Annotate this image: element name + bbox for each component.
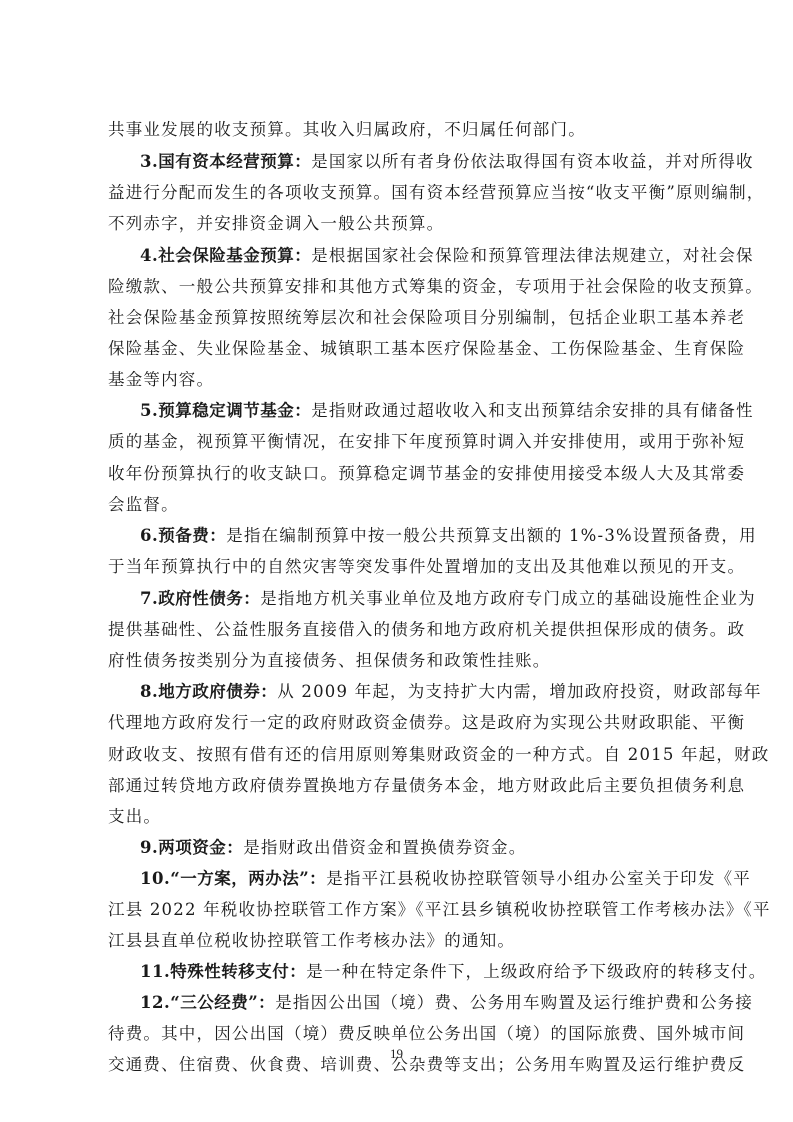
entry-4-line-4: 保险基金、失业保险基金、城镇职工基本医疗保险基金、工伤保险基金、生育保险 bbox=[108, 337, 688, 361]
entry-7-line-2: 提供基础性、公益性服务直接借入的债务和地方政府机关提供担保形成的债务。政 bbox=[108, 618, 688, 642]
entry-11-term: 11.特殊性转移支付： bbox=[140, 962, 306, 981]
entry-8-line-3: 财政收支、按照有借有还的信用原则筹集财政资金的一种方式。自 2015 年起，财政 bbox=[108, 743, 688, 767]
entry-6-term: 6.预备费： bbox=[140, 526, 226, 545]
entry-10-text: 是指平江县税收协控联管领导小组办公室关于印发《平 bbox=[326, 869, 751, 888]
entry-11-line-1: 11.特殊性转移支付：是一种在特定条件下，上级政府给予下级政府的转移支付。 bbox=[140, 960, 688, 984]
entry-12-text: 是指因公出国（境）费、公务用车购置及运行维护费和公务接 bbox=[275, 993, 753, 1012]
entry-11-text: 是一种在特定条件下，上级政府给予下级政府的转移支付。 bbox=[306, 962, 766, 981]
entry-4-text: 是根据国家社会保险和预算管理法律法规建立，对社会保 bbox=[311, 246, 754, 265]
entry-8-line-5: 支出。 bbox=[108, 805, 688, 829]
document-page: 共事业发展的收支预算。其收入归属政府，不归属任何部门。 3.国有资本经营预算：是… bbox=[0, 0, 793, 1122]
entry-9-term: 9.两项资金： bbox=[140, 838, 243, 857]
entry-8-line-1: 8.地方政府债券：从 2009 年起，为支持扩大内需，增加政府投资，财政部每年 bbox=[140, 680, 688, 704]
entry-5-text: 是指财政通过超收收入和支出预算结余安排的具有储备性 bbox=[311, 401, 754, 420]
entry-5-line-2: 质的基金，视预算平衡情况，在安排下年度预算时调入并安排使用，或用于弥补短 bbox=[108, 430, 688, 454]
entry-7-text: 是指地方机关事业单位及地方政府专门成立的基础设施性企业为 bbox=[260, 589, 756, 608]
entry-12-line-1: 12.“三公经费”：是指因公出国（境）费、公务用车购置及运行维护费和公务接 bbox=[140, 991, 688, 1015]
entry-4-line-3: 社会保险基金预算按照统筹层次和社会保险项目分别编制，包括企业职工基本养老 bbox=[108, 306, 688, 330]
intro-tail-line: 共事业发展的收支预算。其收入归属政府，不归属任何部门。 bbox=[108, 118, 688, 142]
entry-4-line-2: 险缴款、一般公共预算安排和其他方式筹集的资金，专项用于社会保险的收支预算。 bbox=[108, 275, 688, 299]
entry-6-line-1: 6.预备费：是指在编制预算中按一般公共预算支出额的 1%-3%设置预备费，用 bbox=[140, 524, 688, 548]
entry-12-term: 12.“三公经费”： bbox=[140, 993, 275, 1012]
page-number: 19 bbox=[0, 1046, 793, 1062]
entry-9-text: 是指财政出借资金和置换债券资金。 bbox=[243, 838, 526, 857]
entry-3-line-3: 不列赤字，并安排资金调入一般公共预算。 bbox=[108, 212, 688, 236]
entry-3-line-1: 3.国有资本经营预算：是国家以所有者身份依法取得国有资本收益，并对所得收 bbox=[140, 150, 688, 174]
entry-5-line-3: 收年份预算执行的收支缺口。预算稳定调节基金的安排使用接受本级人大及其常委 bbox=[108, 462, 688, 486]
entry-10-term: 10.“一方案，两办法”： bbox=[140, 869, 326, 888]
entry-6-line-2: 于当年预算执行中的自然灾害等突发事件处置增加的支出及其他难以预见的开支。 bbox=[108, 555, 688, 579]
entry-3-line-2: 益进行分配而发生的各项收支预算。国有资本经营预算应当按“收支平衡”原则编制， bbox=[108, 181, 688, 205]
entry-4-line-1: 4.社会保险基金预算：是根据国家社会保险和预算管理法律法规建立，对社会保 bbox=[140, 244, 688, 268]
entry-4-term: 4.社会保险基金预算： bbox=[140, 246, 311, 265]
entry-8-line-4: 部通过转贷地方政府债券置换地方存量债务本金，地方财政此后主要负担债务利息 bbox=[108, 774, 688, 798]
entry-7-term: 7.政府性债务： bbox=[140, 589, 260, 608]
entry-5-term: 5.预算稳定调节基金： bbox=[140, 401, 311, 420]
entry-8-text: 从 2009 年起，为支持扩大内需，增加政府投资，财政部每年 bbox=[277, 682, 761, 701]
entry-12-line-2: 待费。其中，因公出国（境）费反映单位公务出国（境）的国际旅费、国外城市间 bbox=[108, 1022, 688, 1046]
entry-3-term: 3.国有资本经营预算： bbox=[140, 152, 311, 171]
entry-7-line-1: 7.政府性债务：是指地方机关事业单位及地方政府专门成立的基础设施性企业为 bbox=[140, 587, 688, 611]
entry-9-line-1: 9.两项资金：是指财政出借资金和置换债券资金。 bbox=[140, 836, 688, 860]
entry-5-line-1: 5.预算稳定调节基金：是指财政通过超收收入和支出预算结余安排的具有储备性 bbox=[140, 399, 688, 423]
entry-7-line-3: 府性债务按类别分为直接债务、担保债务和政策性挂账。 bbox=[108, 649, 688, 673]
entry-10-line-2: 江县 2022 年税收协控联管工作方案》《平江县乡镇税收协控联管工作考核办法》《… bbox=[108, 898, 688, 922]
entry-10-line-3: 江县县直单位税收协控联管工作考核办法》的通知。 bbox=[108, 929, 688, 953]
entry-3-text: 是国家以所有者身份依法取得国有资本收益，并对所得收 bbox=[311, 152, 754, 171]
entry-6-text: 是指在编制预算中按一般公共预算支出额的 1%-3%设置预备费，用 bbox=[226, 526, 757, 545]
entry-8-term: 8.地方政府债券： bbox=[140, 682, 277, 701]
entry-4-line-5: 基金等内容。 bbox=[108, 368, 688, 392]
entry-5-line-4: 会监督。 bbox=[108, 493, 688, 517]
entry-8-line-2: 代理地方政府发行一定的政府财政资金债券。这是政府为实现公共财政职能、平衡 bbox=[108, 711, 688, 735]
entry-10-line-1: 10.“一方案，两办法”：是指平江县税收协控联管领导小组办公室关于印发《平 bbox=[140, 867, 688, 891]
